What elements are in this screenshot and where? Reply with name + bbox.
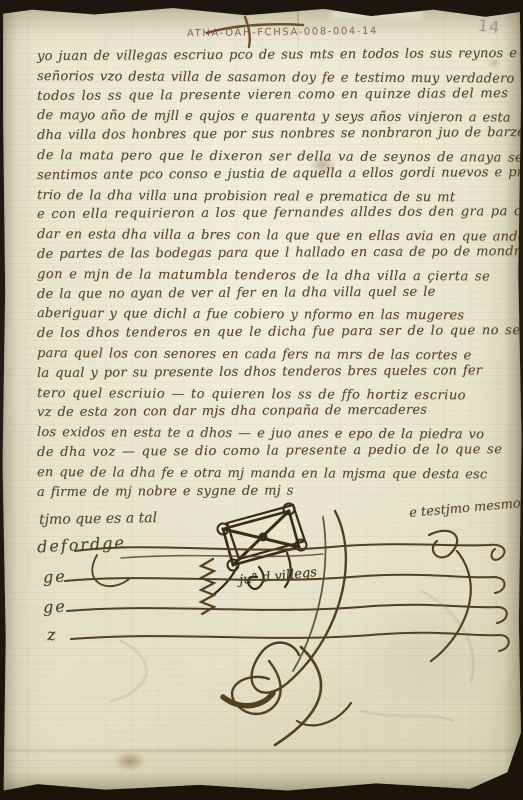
flourish-line-start: ge xyxy=(43,566,68,586)
manuscript-line: todos los ss que la presente vieren como… xyxy=(37,84,507,107)
manuscript-line: sentimos ante pco conso e justia de aque… xyxy=(37,163,507,186)
folio-number: 14 xyxy=(477,16,501,37)
manuscript-line: la qual y por su presente los dhos tende… xyxy=(37,361,507,384)
notary-signature: ju° d villegs xyxy=(238,565,317,588)
flourish-line-start: defordge xyxy=(37,533,127,557)
manuscript-line: yo juan de villegas escriuo pco de sus m… xyxy=(37,44,507,67)
manuscript-line: de los dhos tenderos en que le dicha fue… xyxy=(37,321,507,344)
scanned-manuscript-page: ATHA-OAH-FCHSA-008-004-14 14 yo juan de … xyxy=(0,0,523,800)
signature-flourishes xyxy=(1,491,523,753)
manuscript-line: a firme de mj nobre e sygne de mj s xyxy=(37,480,507,503)
paper-crease-horizontal xyxy=(5,749,519,752)
manuscript-line: e con ella requirieron a los que fernand… xyxy=(37,203,507,226)
manuscript-line: de partes de las bodegas para que l hall… xyxy=(37,242,507,265)
flourish-line-start: z xyxy=(47,625,58,645)
manuscript-text-block: yo juan de villegas escriuo pco de sus m… xyxy=(37,47,507,502)
closing-phrase-left: tjmo que es a tal xyxy=(39,510,157,528)
show-through-stain xyxy=(351,595,511,715)
manuscript-line: dha villa dos honbres que por sus nonbre… xyxy=(37,123,507,146)
paper-torn-edge xyxy=(331,9,423,20)
manuscript-paper: ATHA-OAH-FCHSA-008-004-14 14 yo juan de … xyxy=(1,5,522,796)
manuscript-line: vz de esta zon con dar mjs dha conpaña d… xyxy=(37,400,507,423)
archival-reference-stamp: ATHA-OAH-FCHSA-008-004-14 xyxy=(187,26,387,40)
manuscript-line: de la que no ayan de ver al fer en la dh… xyxy=(37,282,507,305)
ink-stain xyxy=(113,751,147,771)
manuscript-line: de dha voz — que se dio como la presente… xyxy=(37,440,507,463)
flourish-line-start: ge xyxy=(43,596,68,616)
